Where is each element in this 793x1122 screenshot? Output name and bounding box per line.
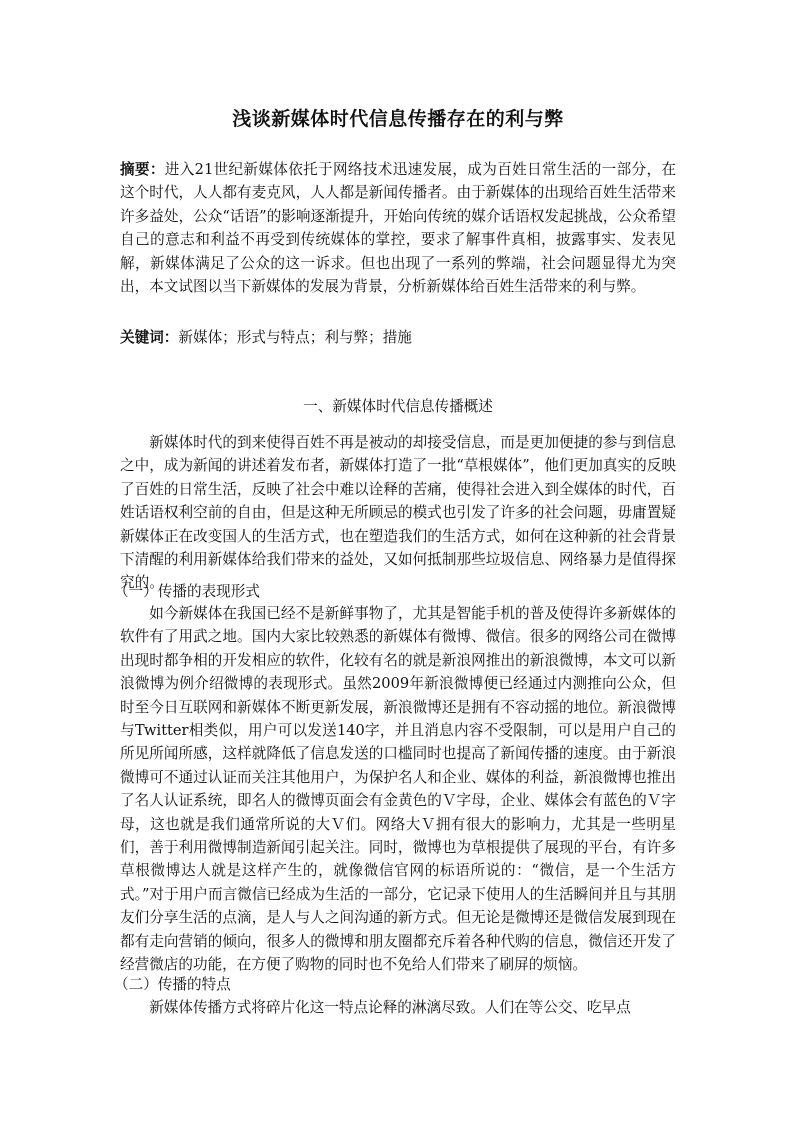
section-heading: 一、新媒体时代信息传播概述 xyxy=(120,395,676,418)
keywords: 关键词：新媒体；形式与特点；利与弊；措施 xyxy=(120,326,676,349)
subsection-heading-forms: （一）传播的表现形式 xyxy=(114,580,260,603)
keywords-label: 关键词： xyxy=(120,329,178,346)
abstract-text: 进入21世纪新媒体依托于网络技术迅速发展，成为百姓日常生活的一部分，在这个时代，… xyxy=(120,161,676,295)
subsection-paragraph-features: 新媒体传播方式将碎片化这一特点论释的淋漓尽致。人们在等公交、吃早点 xyxy=(120,996,676,1019)
subsection-paragraph-forms: 如今新媒体在我国已经不是新鲜事物了，尤其是智能手机的普及使得许多新媒体的软件有了… xyxy=(120,602,676,977)
section-intro-paragraph: 新媒体时代的到来使得百姓不再是被动的却接受信息，而是更加便捷的参与到信息之中，成… xyxy=(120,431,676,595)
keywords-text: 新媒体；形式与特点；利与弊；措施 xyxy=(178,329,412,346)
subsection-heading-features: （二）传播的特点 xyxy=(114,973,231,996)
abstract: 摘要：进入21世纪新媒体依托于网络技术迅速发展，成为百姓日常生活的一部分，在这个… xyxy=(120,158,676,298)
abstract-label: 摘要： xyxy=(120,161,165,178)
document-title: 浅谈新媒体时代信息传播存在的利与弊 xyxy=(120,104,676,131)
